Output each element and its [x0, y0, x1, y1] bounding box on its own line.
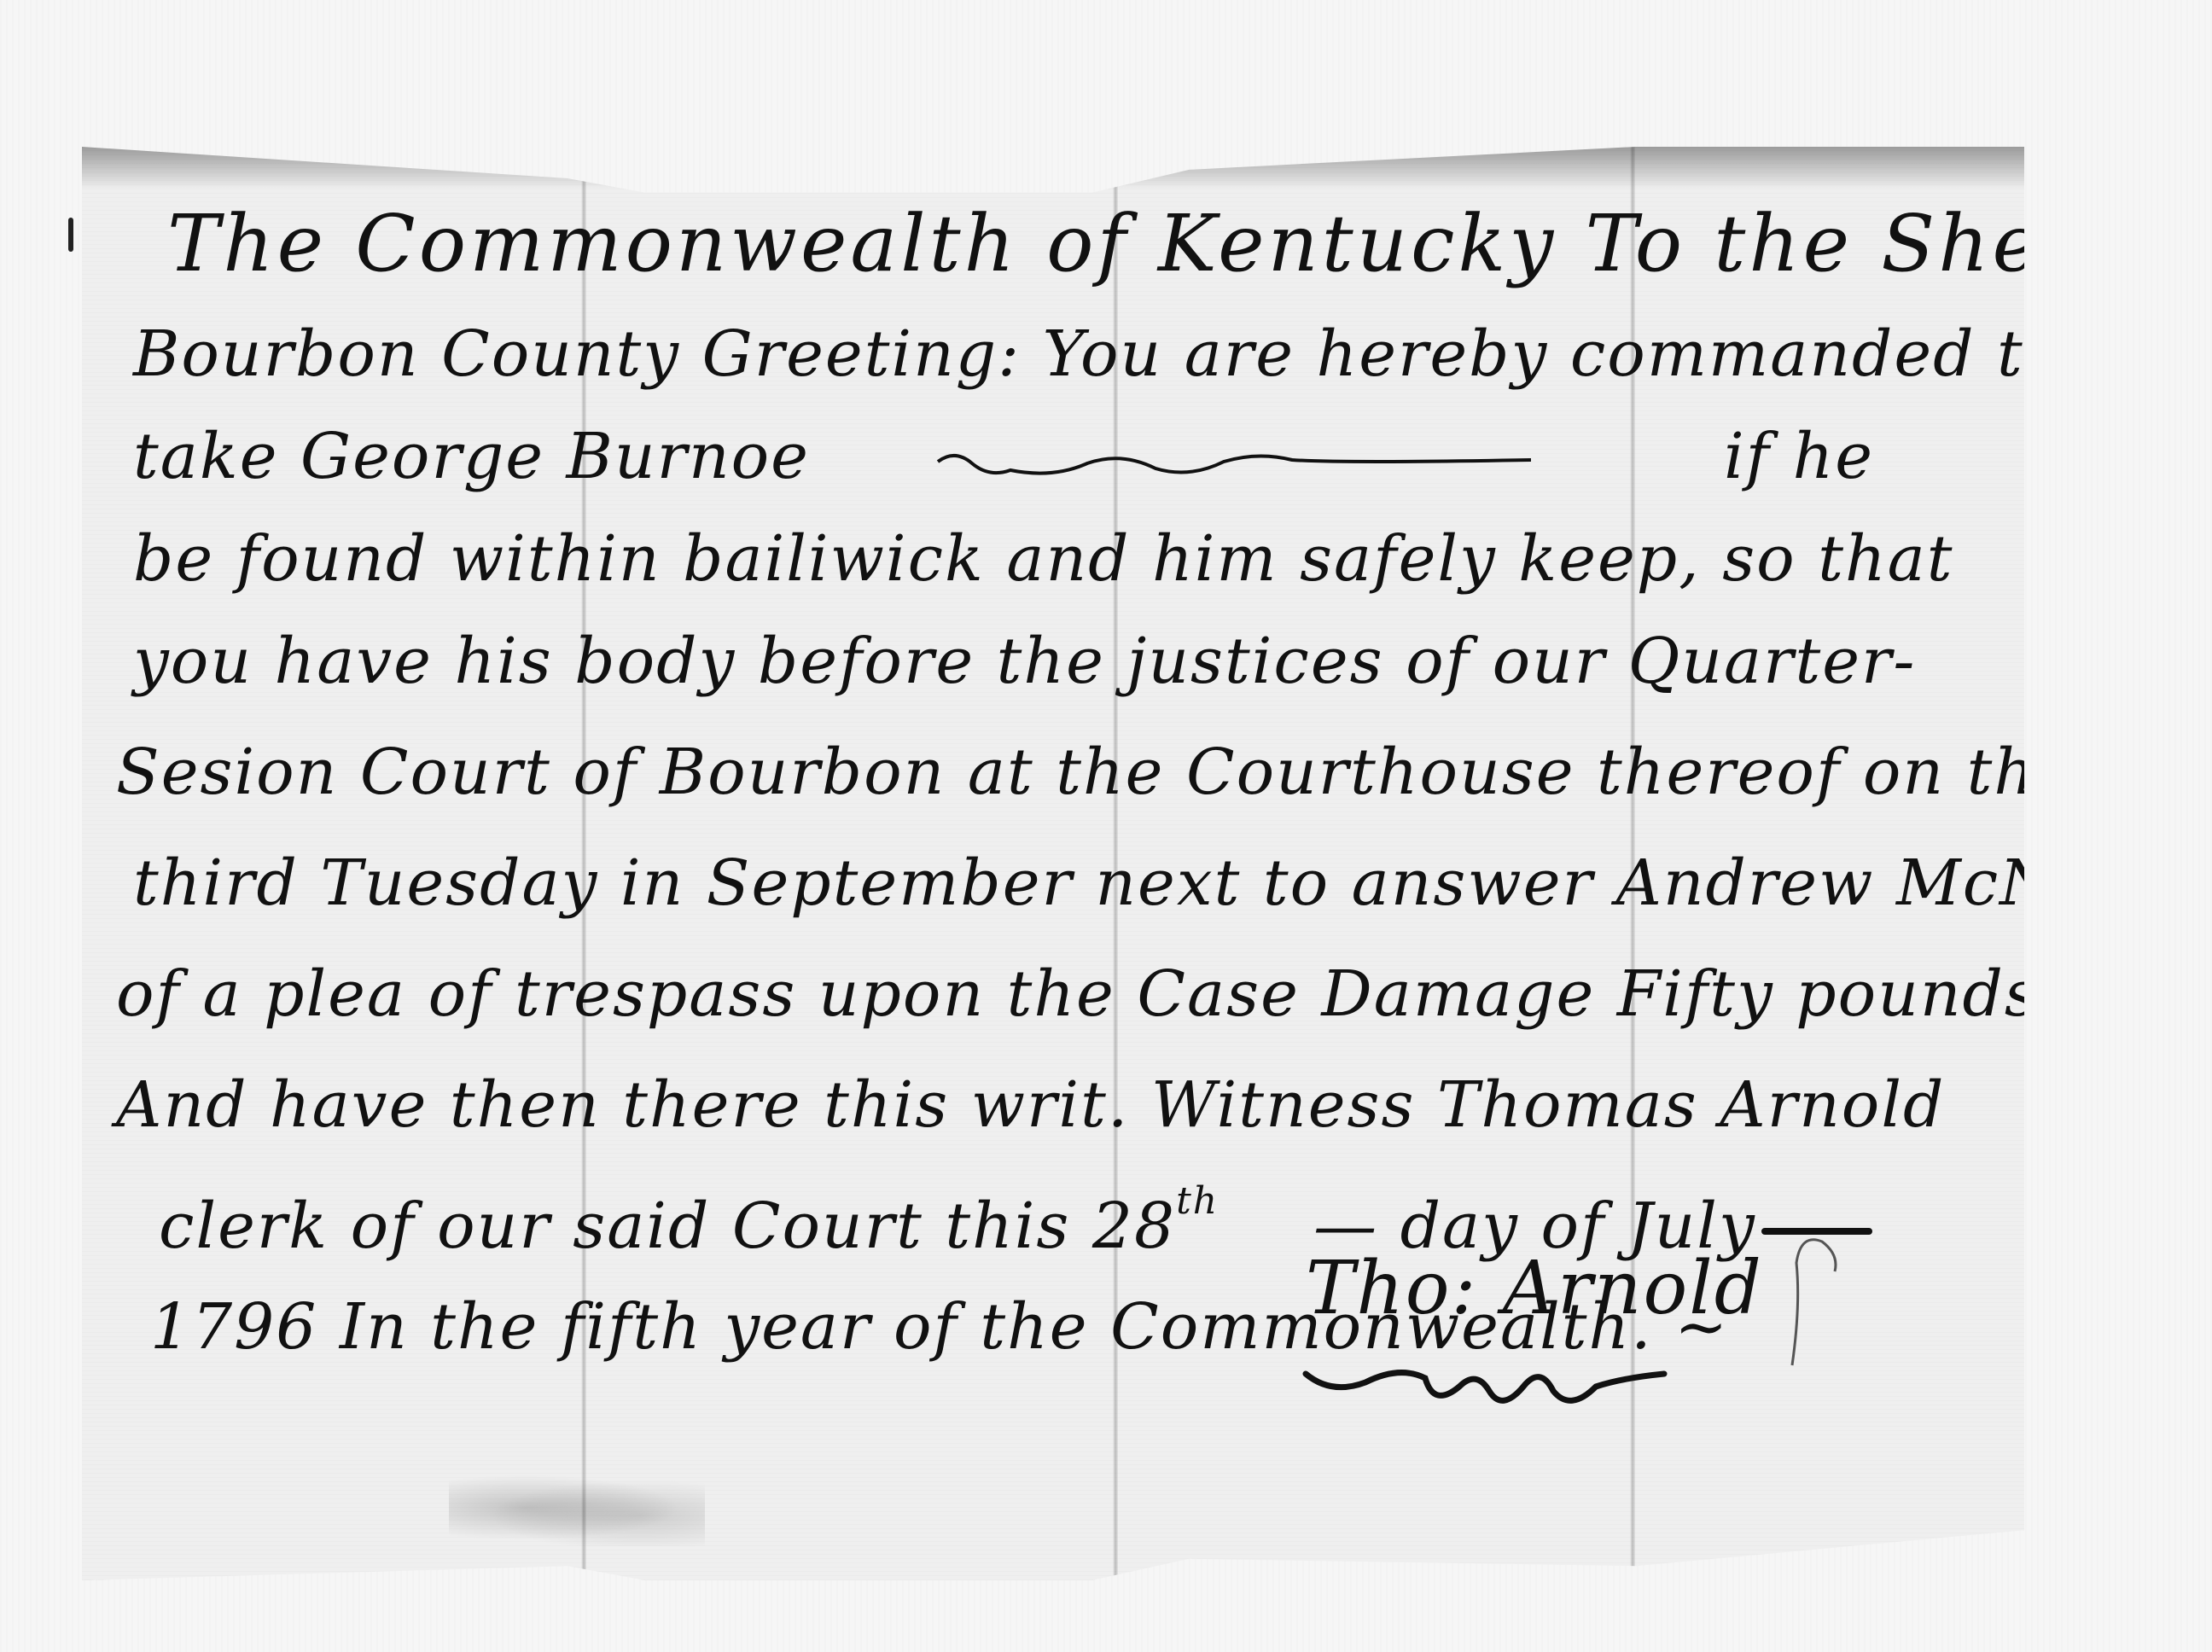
writ-line: third Tuesday in September next to answe… [133, 846, 2024, 920]
signature-flourish [1297, 1348, 1809, 1416]
line-text: you have his body before the justices of… [133, 625, 1916, 698]
line-text: clerk of our said Court this 28 [159, 1190, 1176, 1263]
writ-line: And have then there this writ. Witness T… [116, 1068, 2024, 1142]
signature-paraph [1775, 1229, 1843, 1374]
writ-line: take George Burnoe if he [133, 420, 2024, 493]
writ-line-heading: The Commonwealth of Kentucky To the Sher… [167, 198, 2024, 289]
writ-line: Bourbon County Greeting: You are hereby … [133, 317, 2024, 391]
plaintiff-line: third Tuesday in September next to answe… [133, 846, 2180, 920]
damages-line: of a plea of trespass upon the Case Dama… [116, 957, 2039, 1031]
witness-line: And have then there this writ. Witness T… [116, 1068, 1945, 1142]
clerk-signature: Tho: Arnold [1306, 1246, 1763, 1331]
writ-line: you have his body before the justices of… [133, 625, 2024, 698]
ink-smudge [449, 1469, 705, 1546]
edge-ink-mark [68, 218, 73, 252]
line-text: if he [1724, 420, 1874, 493]
ordinal-suffix: th [1176, 1179, 1219, 1223]
line-text: The Commonwealth of Kentucky To the Sher… [167, 198, 2212, 289]
line-text: Sesion Court of Bourbon at the Courthous… [116, 736, 2075, 809]
writ-line: of a plea of trespass upon the Case Dama… [116, 957, 2024, 1031]
writ-line: be found within bailiwick and him safely… [133, 522, 2024, 596]
line-text: Bourbon County Greeting: You are hereby … [133, 317, 2064, 391]
defendant-name: take George Burnoe [133, 420, 810, 493]
writ-line: Sesion Court of Bourbon at the Courthous… [116, 736, 2024, 809]
blank-flourish-line [934, 445, 1531, 479]
line-text: be found within bailiwick and him safely… [133, 522, 1954, 596]
